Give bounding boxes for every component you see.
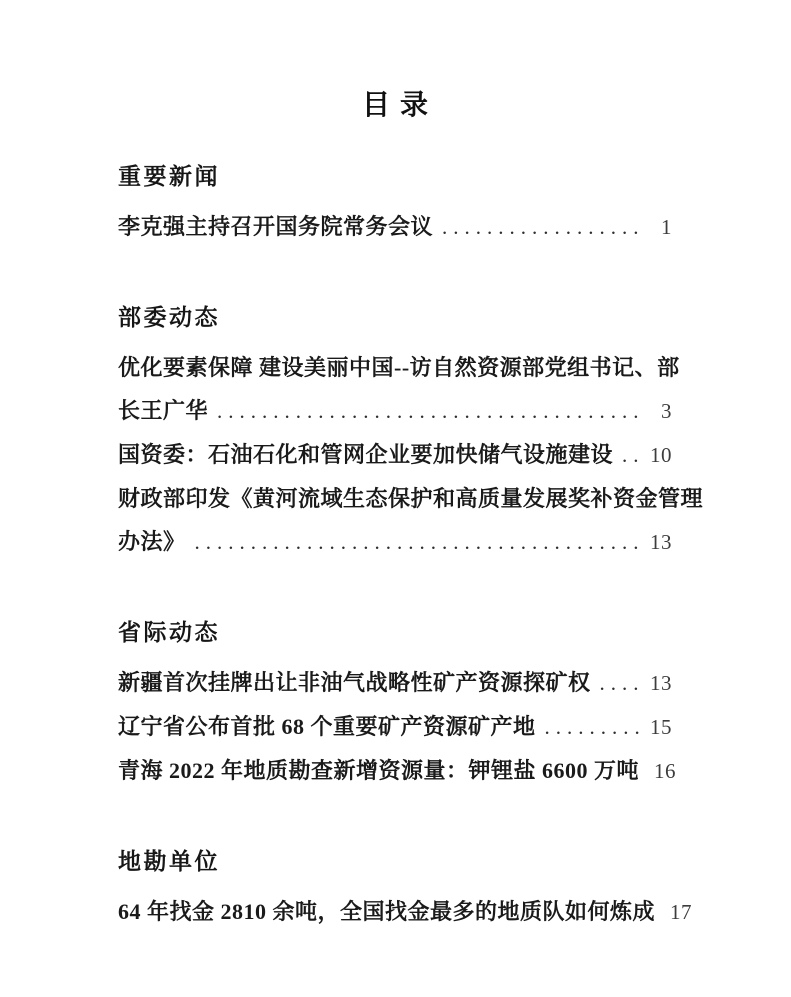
toc-entry-text: 青海 2022 年地质勘查新增资源量：钾锂盐 6600 万吨 — [118, 749, 639, 792]
dot-leader: ........................................… — [655, 891, 664, 934]
toc-entry-line: 优化要素保障 建设美丽中国--访自然资源部党组书记、部 — [118, 346, 672, 389]
toc-entry-text: 优化要素保障 建设美丽中国--访自然资源部党组书记、部 — [118, 346, 680, 389]
page-title: 目录 — [118, 89, 672, 123]
dot-leader: ........................................… — [613, 434, 644, 477]
toc-page-number: 10 — [650, 434, 672, 477]
toc-entry-line: 长王广华....................................… — [118, 389, 672, 433]
dot-leader: ........................................… — [639, 750, 648, 793]
section-heading: 部委动态 — [118, 304, 672, 331]
dot-leader: ........................................… — [186, 521, 644, 564]
toc-page-number: 17 — [670, 891, 692, 934]
toc-entry-text: 新疆首次挂牌出让非油气战略性矿产资源探矿权 — [118, 661, 591, 704]
dot-leader: ........................................… — [536, 706, 644, 749]
toc-page-number: 3 — [650, 390, 672, 433]
toc-page-number: 13 — [650, 662, 672, 705]
toc-section-3: 省际动态新疆首次挂牌出让非油气战略性矿产资源探矿权...............… — [118, 619, 672, 793]
toc-entry-line: 国资委：石油石化和管网企业要加快储气设施建设..................… — [118, 433, 672, 477]
table-of-contents: 重要新闻李克强主持召开国务院常务会议......................… — [118, 163, 672, 934]
toc-page-number: 15 — [650, 706, 672, 749]
section-heading: 省际动态 — [118, 619, 672, 646]
toc-page-number: 1 — [650, 206, 672, 249]
dot-leader: ........................................… — [208, 390, 644, 433]
dot-leader: ........................................… — [591, 662, 644, 705]
toc-entry-text: 办法》 — [118, 520, 186, 563]
section-heading: 重要新闻 — [118, 163, 672, 190]
toc-entry-text: 李克强主持召开国务院常务会议 — [118, 205, 433, 248]
toc-section-1: 重要新闻李克强主持召开国务院常务会议......................… — [118, 163, 672, 249]
toc-section-4: 地勘单位64 年找金 2810 余吨，全国找金最多的地质队如何炼成.......… — [118, 848, 672, 934]
toc-section-2: 部委动态优化要素保障 建设美丽中国--访自然资源部党组书记、部长王广华.....… — [118, 304, 672, 564]
toc-entry-text: 长王广华 — [118, 389, 208, 432]
toc-entry-line: 辽宁省公布首批 68 个重要矿产资源矿产地...................… — [118, 705, 672, 749]
toc-entry-line: 青海 2022 年地质勘查新增资源量：钾锂盐 6600 万吨..........… — [118, 749, 672, 793]
toc-entry-line: 财政部印发《黄河流域生态保护和高质量发展奖补资金管理 — [118, 477, 672, 520]
document-page: 目录 重要新闻李克强主持召开国务院常务会议...................… — [0, 0, 791, 997]
toc-entry-text: 国资委：石油石化和管网企业要加快储气设施建设 — [118, 433, 613, 476]
toc-entry-text: 财政部印发《黄河流域生态保护和高质量发展奖补资金管理 — [118, 477, 703, 520]
section-heading: 地勘单位 — [118, 848, 672, 875]
toc-entry-line: 李克强主持召开国务院常务会议..........................… — [118, 205, 672, 249]
toc-entry-line: 新疆首次挂牌出让非油气战略性矿产资源探矿权...................… — [118, 661, 672, 705]
toc-page-number: 13 — [650, 521, 672, 564]
toc-entry-line: 64 年找金 2810 余吨，全国找金最多的地质队如何炼成...........… — [118, 890, 672, 934]
toc-entry-text: 64 年找金 2810 余吨，全国找金最多的地质队如何炼成 — [118, 890, 655, 933]
toc-entry-line: 办法》.....................................… — [118, 520, 672, 564]
toc-page-number: 16 — [654, 750, 676, 793]
toc-entry-text: 辽宁省公布首批 68 个重要矿产资源矿产地 — [118, 705, 536, 748]
dot-leader: ........................................… — [433, 206, 644, 249]
